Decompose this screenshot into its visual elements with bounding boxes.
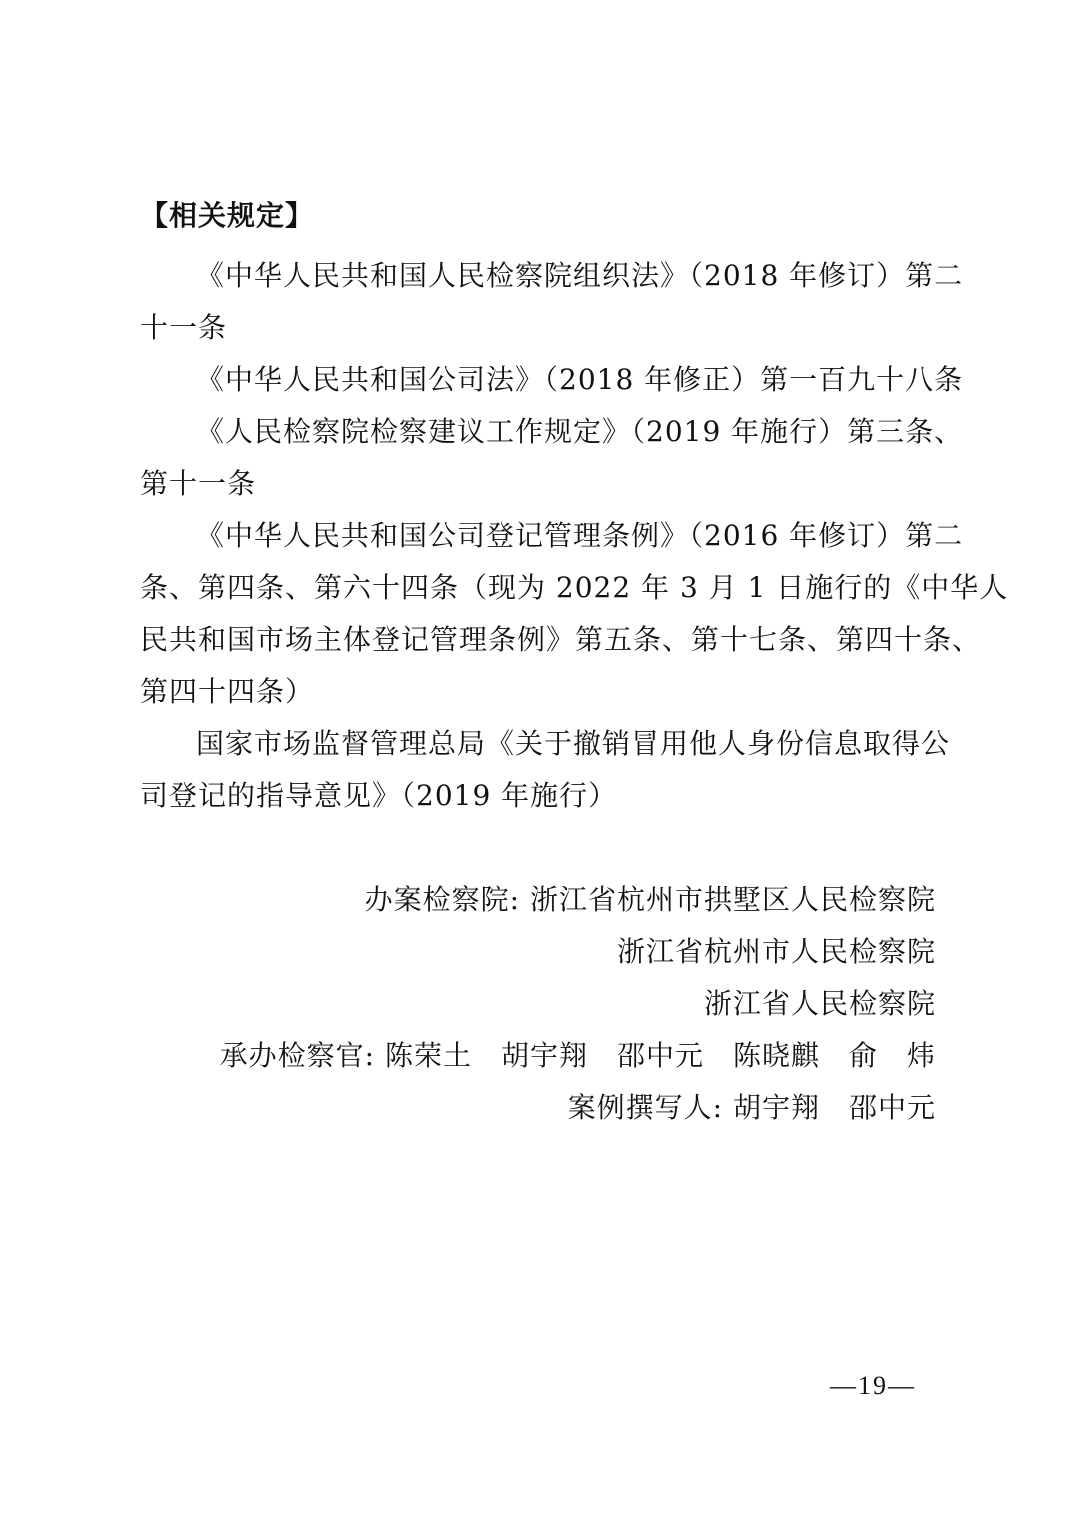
writers-names: 胡宇翔 邵中元 bbox=[733, 1091, 936, 1124]
regulation-4-line-4: 第四十四条） bbox=[140, 672, 936, 712]
regulation-5-line-1: 国家市场监督管理总局《关于撤销冒用他人身份信息取得公 bbox=[196, 724, 936, 764]
writers-line: 案例撰写人: 胡宇翔 邵中元 bbox=[140, 1088, 936, 1128]
regulation-2-line-1: 《中华人民共和国公司法》（2018 年修正）第一百九十八条 bbox=[196, 360, 936, 400]
regulation-3-line-2: 第十一条 bbox=[140, 464, 936, 504]
regulation-3-line-1: 《人民检察院检察建议工作规定》（2019 年施行）第三条、 bbox=[196, 412, 936, 452]
procuratorate-line-1: 办案检察院: 浙江省杭州市拱墅区人民检察院 bbox=[140, 880, 936, 920]
regulation-5-line-2: 司登记的指导意见》（2019 年施行） bbox=[140, 776, 936, 816]
prosecutors-names: 陈荣土 胡宇翔 邵中元 陈晓麒 俞 炜 bbox=[385, 1039, 936, 1072]
regulation-4-line-1: 《中华人民共和国公司登记管理条例》（2016 年修订）第二 bbox=[196, 516, 936, 556]
regulation-1-line-2: 十一条 bbox=[140, 308, 936, 348]
writers-label: 案例撰写人: bbox=[568, 1091, 723, 1124]
document-page: 【相关规定】 《中华人民共和国人民检察院组织法》（2018 年修订）第二 十一条… bbox=[0, 0, 1074, 1520]
regulation-1-line-1: 《中华人民共和国人民检察院组织法》（2018 年修订）第二 bbox=[196, 256, 936, 296]
regulation-4-line-2: 条、第四条、第六十四条（现为 2022 年 3 月 1 日施行的《中华人 bbox=[140, 568, 936, 608]
regulation-4-line-3: 民共和国市场主体登记管理条例》第五条、第十七条、第四十条、 bbox=[140, 620, 936, 660]
prosecutors-line: 承办检察官: 陈荣土 胡宇翔 邵中元 陈晓麒 俞 炜 bbox=[140, 1036, 936, 1076]
procuratorates-label: 办案检察院: bbox=[365, 883, 520, 916]
section-title: 【相关规定】 bbox=[140, 196, 314, 236]
page-number: —19— bbox=[830, 1366, 916, 1406]
procuratorate-3: 浙江省人民检察院 bbox=[140, 984, 936, 1024]
prosecutors-label: 承办检察官: bbox=[220, 1039, 375, 1072]
procuratorate-1: 浙江省杭州市拱墅区人民检察院 bbox=[530, 883, 936, 916]
procuratorate-2: 浙江省杭州市人民检察院 bbox=[140, 932, 936, 972]
